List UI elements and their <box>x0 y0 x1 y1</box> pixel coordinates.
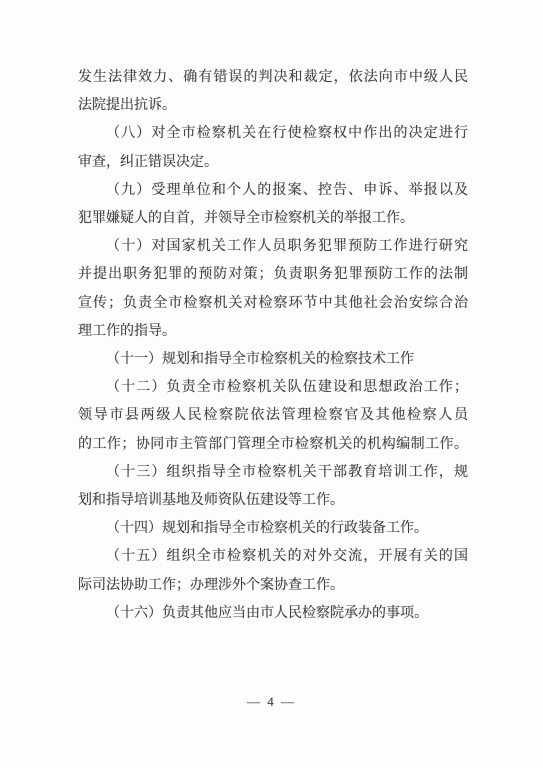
text-line: 并提出职务犯罪的预防对策；负责职务犯罪预防工作的法制 <box>78 261 468 289</box>
text-line: （十）对国家机关工作人员职务犯罪预防工作进行研究 <box>78 233 468 261</box>
text-line: 领导市县两级人民检察院依法管理检察官及其他检察人员 <box>78 402 468 430</box>
text-line: 际司法协助工作；办理涉外个案协查工作。 <box>78 572 468 600</box>
text-line: 理工作的指导。 <box>78 318 468 346</box>
text-line: 宣传；负责全市检察机关对检察环节中其他社会治安综合治 <box>78 290 468 318</box>
page-number: — 4 — <box>0 694 543 710</box>
text-line: 划和指导培训基地及师资队伍建设等工作。 <box>78 487 468 515</box>
text-line: （十三）组织指导全市检察机关干部教育培训工作，规 <box>78 459 468 487</box>
text-line: （八）对全市检察机关在行使检察权中作出的决定进行 <box>78 120 468 148</box>
text-line: 发生法律效力、确有错误的判决和裁定，依法向市中级人民 <box>78 64 468 92</box>
text-line: 的工作；协同市主管部门管理全市检察机关的机构编制工作。 <box>78 431 468 459</box>
document-page: 发生法律效力、确有错误的判决和裁定，依法向市中级人民 法院提出抗诉。 （八）对全… <box>0 0 543 768</box>
text-line: （十一）规划和指导全市检察机关的检察技术工作 <box>78 346 468 374</box>
text-line: （十四）规划和指导全市检察机关的行政装备工作。 <box>78 515 468 543</box>
text-line: （十二）负责全市检察机关队伍建设和思想政治工作； <box>78 374 468 402</box>
body-text: 发生法律效力、确有错误的判决和裁定，依法向市中级人民 法院提出抗诉。 （八）对全… <box>78 64 468 628</box>
text-line: 犯罪嫌疑人的自首，并领导全市检察机关的举报工作。 <box>78 205 468 233</box>
text-line: 法院提出抗诉。 <box>78 92 468 120</box>
text-line: 审查，纠正错误决定。 <box>78 149 468 177</box>
text-line: （十六）负责其他应当由市人民检察院承办的事项。 <box>78 600 468 628</box>
text-line: （九）受理单位和个人的报案、控告、申诉、举报以及 <box>78 177 468 205</box>
text-line: （十五）组织全市检察机关的对外交流，开展有关的国 <box>78 543 468 571</box>
